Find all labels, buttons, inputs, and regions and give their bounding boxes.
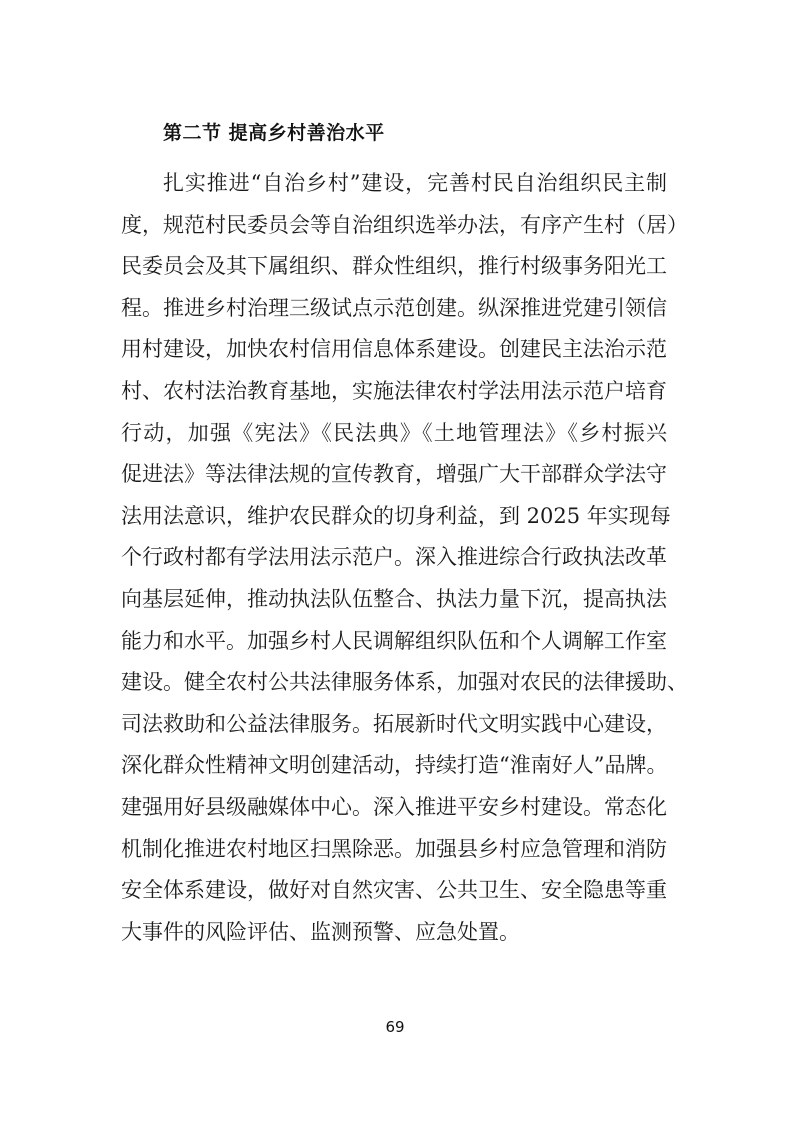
paragraph-line: 司法救助和公益法律服务。拓展新时代文明实践中心建设，	[121, 704, 667, 746]
paragraph-line: 用村建设，加快农村信用信息体系建设。创建民主法治示范	[121, 329, 667, 371]
paragraph-line: 村、农村法治教育基地，实施法律农村学法用法示范户培育	[121, 371, 667, 413]
paragraph-line: 个行政村都有学法用法示范户。深入推进综合行政执法改革	[121, 537, 667, 579]
page-number: 69	[0, 1018, 790, 1036]
paragraph-line: 向基层延伸，推动执法队伍整合、执法力量下沉，提高执法	[121, 579, 667, 621]
paragraph: 扎实推进“自治乡村”建设，完善村民自治组织民主制 度，规范村民委员会等自治组织选…	[121, 163, 667, 953]
paragraph-line: 度，规范村民委员会等自治组织选举办法，有序产生村（居）	[121, 205, 667, 247]
paragraph-line: 民委员会及其下属组织、群众性组织，推行村级事务阳光工	[121, 246, 667, 288]
paragraph-line: 扎实推进“自治乡村”建设，完善村民自治组织民主制	[121, 163, 667, 205]
paragraph-line: 建设。健全农村公共法律服务体系，加强对农民的法律援助、	[121, 662, 667, 704]
paragraph-line: 建强用好县级融媒体中心。深入推进平安乡村建设。常态化	[121, 787, 667, 829]
paragraph-line: 深化群众性精神文明创建活动，持续打造“淮南好人”品牌。	[121, 745, 667, 787]
paragraph-line: 行动，加强《宪法》《民法典》《土地管理法》《乡村振兴	[121, 413, 667, 455]
paragraph-line: 能力和水平。加强乡村人民调解组织队伍和个人调解工作室	[121, 621, 667, 663]
paragraph-line: 促进法》等法律法规的宣传教育，增强广大干部群众学法守	[121, 454, 667, 496]
section-heading: 第二节 提高乡村善治水平	[163, 118, 385, 145]
paragraph-line: 安全体系建设，做好对自然灾害、公共卫生、安全隐患等重	[121, 870, 667, 912]
paragraph-line: 程。推进乡村治理三级试点示范创建。纵深推进党建引领信	[121, 288, 667, 330]
paragraph-line: 机制化推进农村地区扫黑除恶。加强县乡村应急管理和消防	[121, 829, 667, 871]
paragraph-line: 法用法意识，维护农民群众的切身利益，到 2025 年实现每	[121, 496, 667, 538]
paragraph-line: 大事件的风险评估、监测预警、应急处置。	[121, 912, 667, 954]
document-page: 第二节 提高乡村善治水平 扎实推进“自治乡村”建设，完善村民自治组织民主制 度，…	[0, 0, 790, 1122]
